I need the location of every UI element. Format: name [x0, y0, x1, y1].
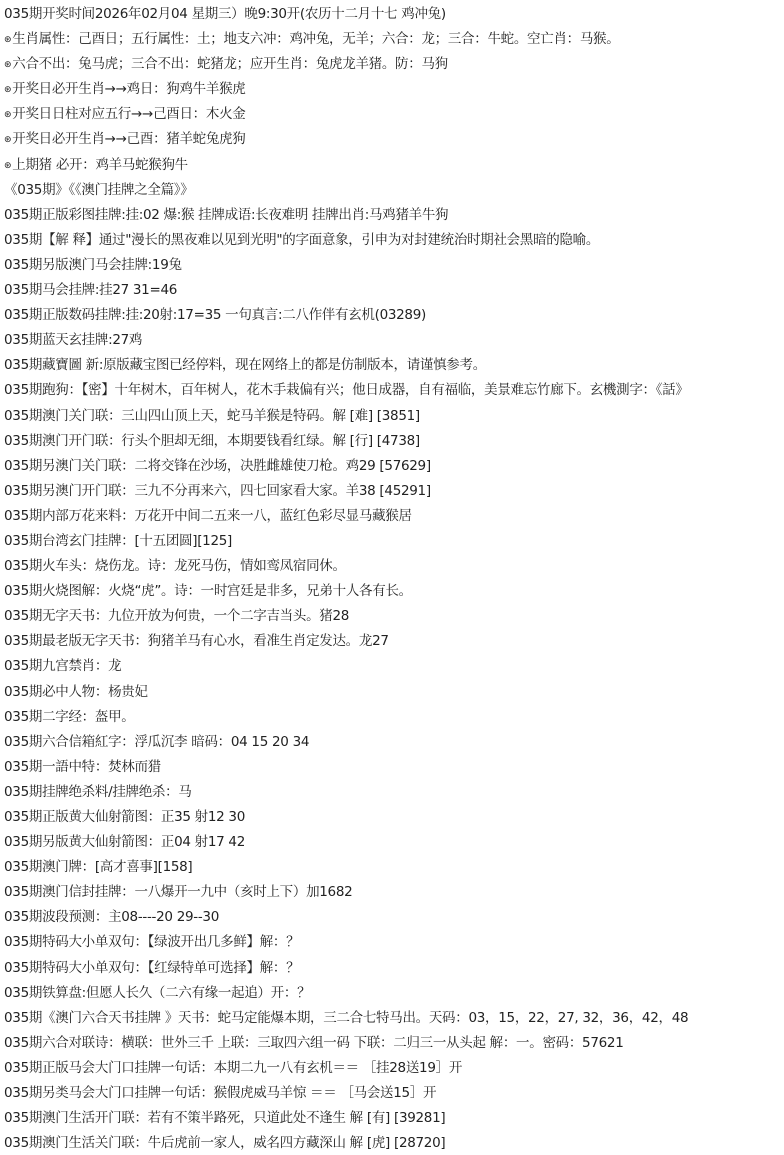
entry-line: 035期跑狗：【密】十年树木，百年树人，花木手栽偏有兴；他日成器，自有福临，美景… — [4, 378, 784, 403]
entry-line: 035期《澳门六合天书挂牌 》天书：蛇马定能爆本期，三二合七特马出。天码：03，… — [4, 1006, 784, 1031]
entry-line: 035期正版彩图挂牌:挂:02 爆:猴 挂牌成语:长夜难明 挂牌出肖:马鸡猪羊牛… — [4, 203, 784, 228]
attribute-line: ⊛生肖属性：己酉日；五行属性：土；地支六冲：鸡冲兔，无羊；六合：龙；三合：牛蛇。… — [4, 27, 784, 52]
circled-bullet-icon: ⊛ — [4, 35, 11, 45]
entry-line: 035期火烧图解：火烧“虎”。诗：一时宫廷是非多，兄弟十人各有长。 — [4, 579, 784, 604]
entry-line: 035期另澳门关门联：二将交锋在沙场，决胜雌雄使刀枪。鸡29 [57629] — [4, 454, 784, 479]
entry-line: 035期蓝天玄挂牌:27鸡 — [4, 328, 784, 353]
attribute-line: ⊛六合不出：兔马虎；三合不出：蛇猪龙；应开生肖：兔虎龙羊猪。防：马狗 — [4, 52, 784, 77]
circled-bullet-icon: ⊛ — [4, 110, 11, 120]
entry-line: 035期最老版无字天书：狗猪羊马有心水，看准生肖定发达。龙27 — [4, 629, 784, 654]
entry-line: 035期特码大小单双句：【红绿特单可选择】解：？ — [4, 956, 784, 981]
entry-line: 035期必中人物：杨贵妃 — [4, 680, 784, 705]
section-title: 《035期》《《澳门挂牌之全篇》》 — [4, 178, 784, 203]
entry-line: 035期六合信箱紅字：浮瓜沉李 暗码：04 15 20 34 — [4, 730, 784, 755]
attribute-line: ⊛开奖日日柱对应五行→→己酉日：木火金 — [4, 102, 784, 127]
entry-line: 035期特码大小单双句：【绿波开出几多鲜】解：？ — [4, 930, 784, 955]
entry-line: 035期另版澳门马会挂牌:19兔 — [4, 253, 784, 278]
entry-line: 035期九宫禁肖：龙 — [4, 654, 784, 679]
entry-line: 035期澳门信封挂牌：一八爆开一九中（亥时上下）加1682 — [4, 880, 784, 905]
entry-line: 035期正版马会大门口挂牌一句话：本期二九一八有玄机＝＝ ［挂28送19］开 — [4, 1056, 784, 1081]
entry-line: 035期澳门开门联：行头个胆却无细，本期要钱看红绿。解 [行] [4738] — [4, 429, 784, 454]
entry-line: 035期澳门牌：[高才喜事][158] — [4, 855, 784, 880]
entry-line: 035期正版数码挂牌:挂:20射:17=35 一句真言:二八作伴有玄机(0328… — [4, 303, 784, 328]
entry-line: 035期波段预测：主08----20 29--30 — [4, 905, 784, 930]
entry-line: 035期澳门生活开门联：若有不策半路死，只道此处不逢生 解 [有] [39281… — [4, 1106, 784, 1131]
entry-line: 035期六合对联诗：横联：世外三千 上联：三取四六组一码 下联：二归三一从头起 … — [4, 1031, 784, 1056]
entry-line: 035期另类马会大门口挂牌一句话：猴假虎威马羊惊 ＝＝ ［马会送15］开 — [4, 1081, 784, 1106]
circled-bullet-icon: ⊛ — [4, 161, 11, 171]
entry-line: 035期另澳门开门联：三九不分再来六，四七回家看大家。羊38 [45291] — [4, 479, 784, 504]
entry-line: 035期二字经：盔甲。 — [4, 705, 784, 730]
entry-line: 035期马会挂牌:挂27 31=46 — [4, 278, 784, 303]
circled-bullet-icon: ⊛ — [4, 60, 11, 70]
entry-line: 035期火车头：烧伤龙。诗：龙死马伤，情如鸾凤宿同休。 — [4, 554, 784, 579]
attribute-line: ⊛开奖日必开生肖→→鸡日：狗鸡牛羊猴虎 — [4, 77, 784, 102]
entry-line: 035期铁算盘:但愿人长久（二六有缘一起追）开：？ — [4, 981, 784, 1006]
circled-bullet-icon: ⊛ — [4, 135, 11, 145]
entry-line: 035期内部万花来料：万花开中间二五来一八，蓝红色彩尽显马藏猴居 — [4, 504, 784, 529]
entry-line: 035期正版黄大仙射箭图：正35 射12 30 — [4, 805, 784, 830]
entry-line: 035期澳门生活关门联：牛后虎前一家人，威名四方藏深山 解 [虎] [28720… — [4, 1131, 784, 1155]
entry-line: 035期台湾玄门挂牌：[十五团圆][125] — [4, 529, 784, 554]
circled-bullet-icon: ⊛ — [4, 85, 11, 95]
draw-header: 035期开奖时间2026年02月04 星期三）晚9:30开(农历十二月十七 鸡冲… — [4, 2, 784, 27]
entry-line: 035期无字天书：九位开放为何贵，一个二字吉当头。猪28 — [4, 604, 784, 629]
entry-line: 035期另版黄大仙射箭图：正04 射17 42 — [4, 830, 784, 855]
attribute-line: ⊛开奖日必开生肖→→己酉：猪羊蛇兔虎狗 — [4, 127, 784, 152]
entry-line: 035期一語中特：焚林而猎 — [4, 755, 784, 780]
attribute-line: ⊛上期猪 必开：鸡羊马蛇猴狗牛 — [4, 153, 784, 178]
lottery-document: 035期开奖时间2026年02月04 星期三）晚9:30开(农历十二月十七 鸡冲… — [0, 0, 784, 1155]
entry-line: 035期【解 释】通过"漫长的黑夜难以见到光明"的字面意象，引申为对封建统治时期… — [4, 228, 784, 253]
entry-line: 035期挂牌绝杀料/挂牌绝杀：马 — [4, 780, 784, 805]
entry-line: 035期藏寶圖 新:原版藏宝图已经停料，现在网络上的都是仿制版本，请谨慎参考。 — [4, 353, 784, 378]
entry-line: 035期澳门关门联：三山四山顶上天，蛇马羊猴是特码。解 [难] [3851] — [4, 404, 784, 429]
